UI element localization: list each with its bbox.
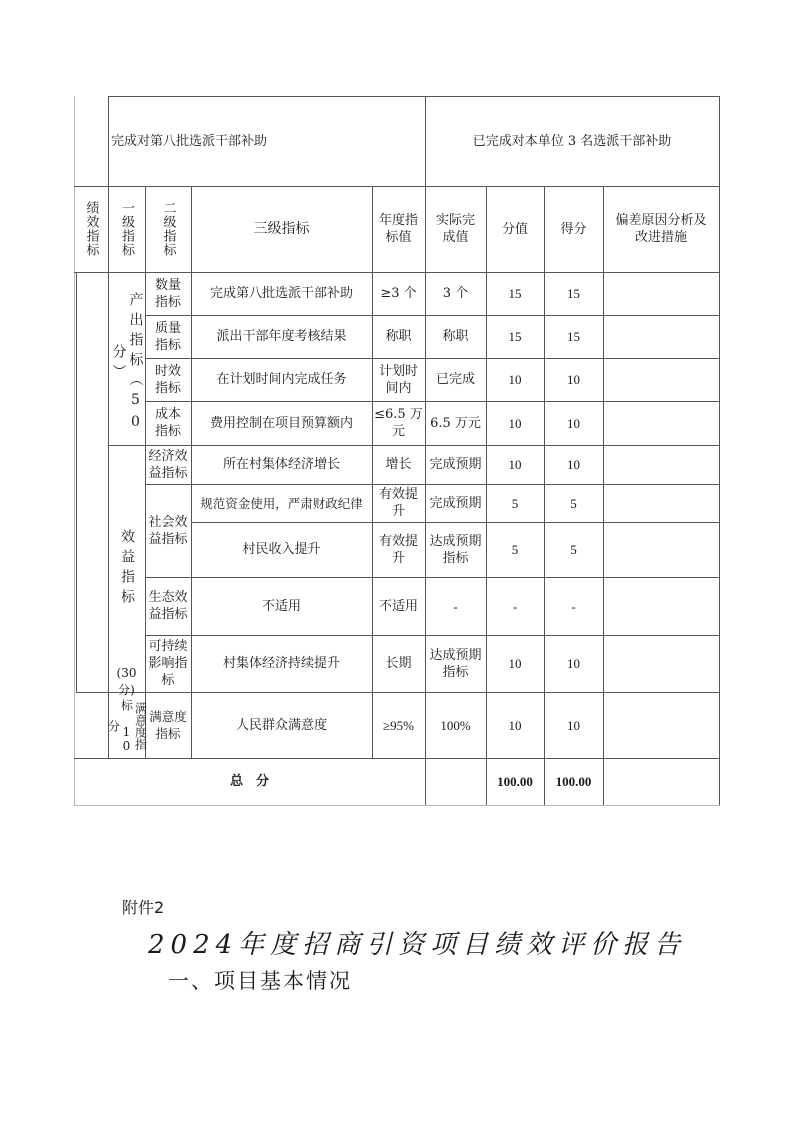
cell-actual: 100% bbox=[425, 692, 486, 758]
cell-deviation bbox=[603, 315, 719, 358]
cell-actual: 达成预期指标 bbox=[425, 522, 486, 577]
cell-level3: 村集体经济持续提升 bbox=[191, 635, 372, 692]
cell-deviation bbox=[603, 692, 719, 758]
document-page: 完成对第八批选派干部补助 已完成对本单位 3 名选派干部补助 绩效指标 一级指标… bbox=[0, 0, 793, 1122]
cell-level2: 满意度指标 bbox=[145, 692, 191, 758]
cell-target: 称职 bbox=[372, 315, 425, 358]
cell-level3: 规范资金使用，严肃财政纪律 bbox=[191, 484, 372, 522]
cell-actual: 完成预期 bbox=[425, 484, 486, 522]
cell-actual: 称职 bbox=[425, 315, 486, 358]
report-title: 2024年度招商引资项目绩效评价报告 bbox=[148, 924, 686, 961]
cell-actual: 完成预期 bbox=[425, 445, 486, 484]
header-level2: 二级指标 bbox=[160, 201, 177, 257]
cell-score: 10 bbox=[544, 692, 603, 758]
cell-weight: 5 bbox=[486, 484, 544, 522]
cell-level3: 在计划时间内完成任务 bbox=[191, 358, 372, 401]
cell-weight: 10 bbox=[486, 635, 544, 692]
cell-score: 15 bbox=[544, 272, 603, 315]
cell-level2: 可持续影响指标 bbox=[145, 635, 191, 692]
cell-deviation bbox=[603, 484, 719, 522]
cell-target: 有效提升 bbox=[372, 484, 425, 522]
cell-level2: 成本指标 bbox=[145, 401, 191, 445]
cell-weight: 10 bbox=[486, 692, 544, 758]
cell-score: 10 bbox=[544, 445, 603, 484]
total-label: 总 分 bbox=[74, 758, 425, 805]
cell-level3: 所在村集体经济增长 bbox=[191, 445, 372, 484]
cell-weight: - bbox=[486, 577, 544, 635]
cell-weight: 10 bbox=[486, 445, 544, 484]
cell-target: 长期 bbox=[372, 635, 425, 692]
cell-level3: 人民群众满意度 bbox=[191, 692, 372, 758]
section-heading: 一、项目基本情况 bbox=[168, 965, 352, 995]
group-benefit-score: (30分) bbox=[108, 672, 145, 692]
cell-score: 5 bbox=[544, 484, 603, 522]
cell-actual: 3 个 bbox=[425, 272, 486, 315]
cell-level3: 派出干部年度考核结果 bbox=[191, 315, 372, 358]
group-satisfaction-b: 标 10分 bbox=[107, 694, 133, 758]
header-actual-value: 实际完成值 bbox=[425, 186, 486, 272]
cell-level3: 费用控制在项目预算额内 bbox=[191, 401, 372, 445]
cell-level2: 生态效益指标 bbox=[145, 577, 191, 635]
annex-label: 附件2 bbox=[122, 895, 164, 918]
cell-actual: 达成预期指标 bbox=[425, 635, 486, 692]
cell-actual: 6.5 万元 bbox=[425, 401, 486, 445]
cell-weight: 10 bbox=[486, 401, 544, 445]
header-performance-indicator: 绩效指标 bbox=[83, 201, 100, 257]
cell-level2: 数量指标 bbox=[145, 272, 191, 315]
cell-target: 增长 bbox=[372, 445, 425, 484]
cell-target: ≥95% bbox=[372, 692, 425, 758]
cell-target: 计划时间内 bbox=[372, 358, 425, 401]
header-annual-target: 年度指标值 bbox=[372, 186, 425, 272]
group-output: 产出指标（50分） bbox=[110, 282, 144, 445]
cell-weight: 5 bbox=[486, 522, 544, 577]
header-level1: 一级指标 bbox=[118, 201, 135, 257]
cell-level2: 社会效益指标 bbox=[145, 484, 191, 577]
cell-level2: 经济效益指标 bbox=[145, 445, 191, 484]
cell-deviation bbox=[603, 358, 719, 401]
cell-weight: 15 bbox=[486, 272, 544, 315]
cell-weight: 10 bbox=[486, 358, 544, 401]
cell-score: 10 bbox=[544, 358, 603, 401]
cell-level3: 不适用 bbox=[191, 577, 372, 635]
cell-deviation bbox=[603, 401, 719, 445]
cell-target: ≤6.5 万元 bbox=[372, 401, 425, 445]
cell-score: 10 bbox=[544, 635, 603, 692]
cell-deviation bbox=[603, 272, 719, 315]
header-level3: 三级指标 bbox=[191, 186, 372, 272]
cell-actual: 已完成 bbox=[425, 358, 486, 401]
actual-description: 已完成对本单位 3 名选派干部补助 bbox=[425, 96, 719, 186]
cell-target: 有效提升 bbox=[372, 522, 425, 577]
cell-actual: - bbox=[425, 577, 486, 635]
cell-deviation bbox=[603, 635, 719, 692]
cell-deviation bbox=[603, 445, 719, 484]
cell-score: 15 bbox=[544, 315, 603, 358]
cell-level2: 质量指标 bbox=[145, 315, 191, 358]
target-description: 完成对第八批选派干部补助 bbox=[108, 96, 425, 186]
group-benefit: 效益指标 bbox=[118, 529, 135, 609]
cell-level3: 村民收入提升 bbox=[191, 522, 372, 577]
cell-level2: 时效指标 bbox=[145, 358, 191, 401]
cell-weight: 15 bbox=[486, 315, 544, 358]
cell-target: ≥3 个 bbox=[372, 272, 425, 315]
cell-deviation bbox=[603, 522, 719, 577]
cell-target: 不适用 bbox=[372, 577, 425, 635]
header-score: 得分 bbox=[544, 186, 603, 272]
cell-score: 10 bbox=[544, 401, 603, 445]
header-deviation: 偏差原因分析及改进措施 bbox=[603, 186, 719, 272]
total-weight: 100.00 bbox=[486, 758, 544, 805]
cell-score: 5 bbox=[544, 522, 603, 577]
header-score-weight: 分值 bbox=[486, 186, 544, 272]
total-score: 100.00 bbox=[544, 758, 603, 805]
cell-level3: 完成第八批选派干部补助 bbox=[191, 272, 372, 315]
cell-deviation bbox=[603, 577, 719, 635]
cell-score: - bbox=[544, 577, 603, 635]
